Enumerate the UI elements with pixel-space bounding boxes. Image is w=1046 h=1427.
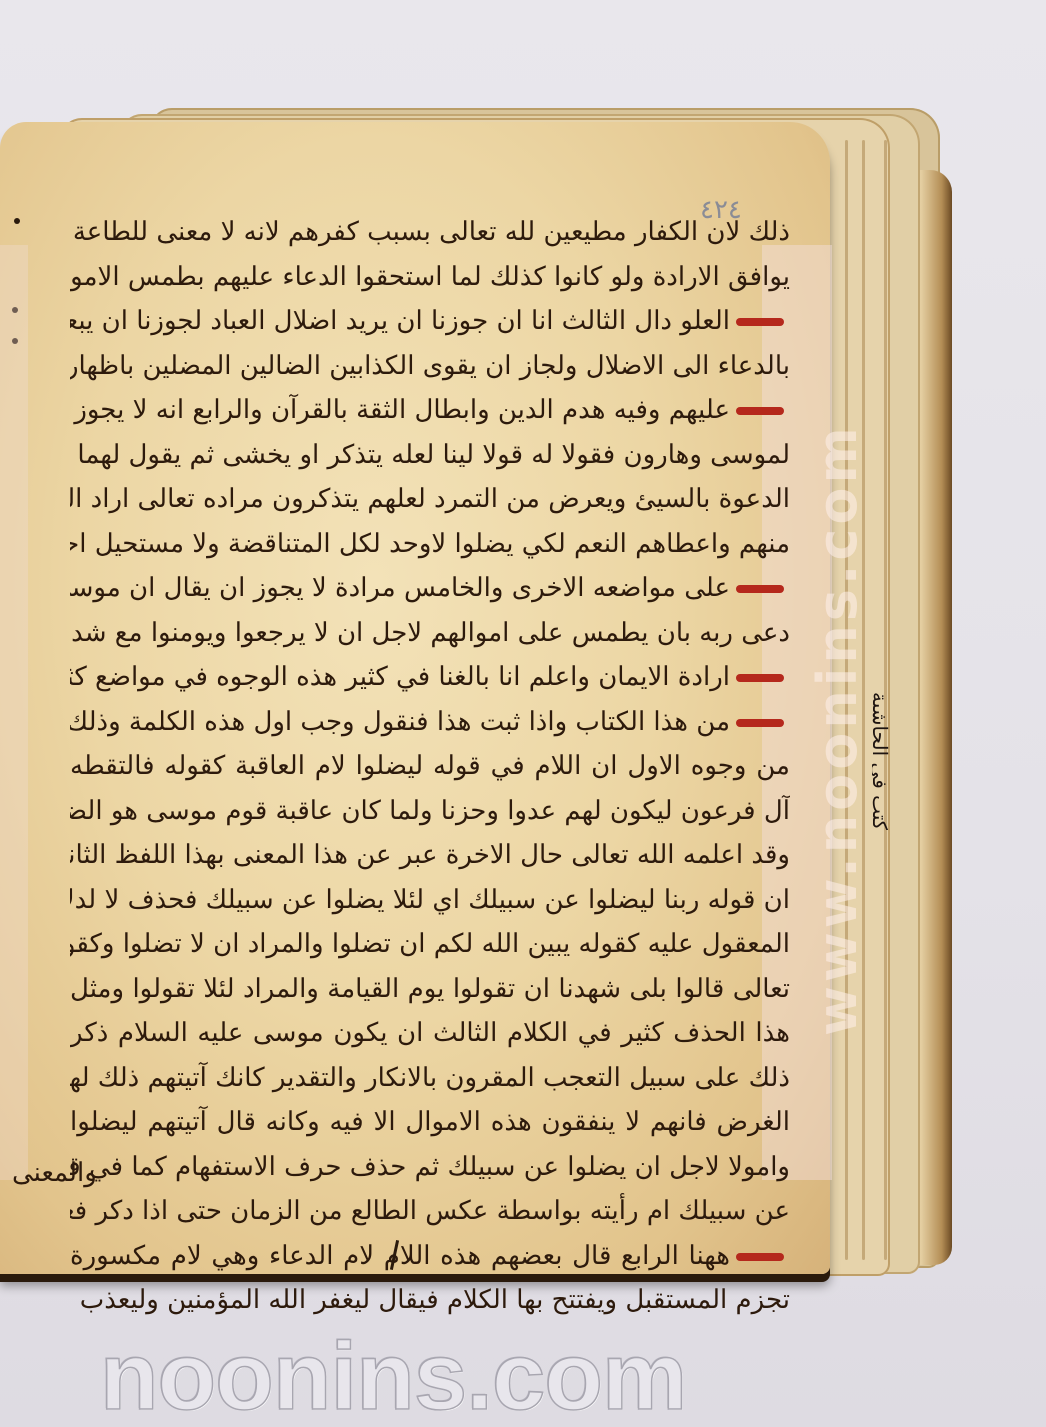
- rubric-mark: [736, 407, 784, 415]
- bottom-watermark: noonins.com: [100, 1322, 686, 1427]
- text-line: لموسى وهارون فقولا له قولا لينا لعله يتذ…: [70, 433, 790, 478]
- text-line: من هذا الكتاب واذا ثبت هذا فنقول وجب اول…: [70, 700, 790, 745]
- vertical-watermark: www.noonins.com: [806, 290, 866, 1170]
- rubric-mark: [736, 719, 784, 727]
- text-line: دعى ربه بان يطمس على اموالهم لاجل ان لا …: [70, 611, 790, 656]
- text-line: ذلك لان الكفار مطيعين لله تعالى بسبب كفر…: [70, 210, 790, 255]
- rubric-mark: [736, 585, 784, 593]
- text-line: بالدعاء الى الاضلال ولجاز ان يقوى الكذاب…: [70, 344, 790, 389]
- catchword: والمعنى: [12, 1158, 97, 1188]
- text-line: الغرض فانهم لا ينفقون هذه الاموال الا في…: [70, 1100, 790, 1145]
- rubric-mark: [736, 318, 784, 326]
- text-line: عليهم وفيه هدم الدين وابطال الثقة بالقرآ…: [70, 388, 790, 433]
- text-line: المعقول عليه كقوله يبين الله لكم ان تضلو…: [70, 922, 790, 967]
- text-line: ذلك على سبيل التعجب المقرون بالانكار وال…: [70, 1056, 790, 1101]
- text-line: ان قوله ربنا ليضلوا عن سبيلك اي لئلا يضل…: [70, 878, 790, 923]
- text-line: من وجوه الاول ان اللام في قوله ليضلوا لا…: [70, 744, 790, 789]
- text-line: تعالى قالوا بلى شهدنا ان تقولوا يوم القي…: [70, 967, 790, 1012]
- text-line: وقد اعلمه الله تعالى حال الاخرة عبر عن ه…: [70, 833, 790, 878]
- rubric-mark: [736, 674, 784, 682]
- margin-dot: [14, 218, 20, 224]
- side-margin-note: كتب في الحاشية: [872, 600, 892, 830]
- text-line: على مواضعه الاخرى والخامس مرادة لا يجوز …: [70, 566, 790, 611]
- text-line: ارادة الايمان واعلم انا بالغنا في كثير ه…: [70, 655, 790, 700]
- text-line: عن سبيلك ام رأيته بواسطة عكس الطالع من ا…: [70, 1189, 790, 1234]
- rubric-mark: [736, 1253, 784, 1261]
- text-line: وامولا لاجل ان يضلوا عن سبيلك ثم حذف حرف…: [70, 1145, 790, 1190]
- text-line: الدعوة بالسيئ ويعرض من التمرد لعلهم يتذك…: [70, 477, 790, 522]
- text-line: آل فرعون ليكون لهم عدوا وحزنا ولما كان ع…: [70, 789, 790, 834]
- text-line: تجزم المستقبل ويفتتح بها الكلام فيقال لي…: [70, 1278, 790, 1323]
- text-line: يوافق الارادة ولو كانوا كذلك لما استحقوا…: [70, 255, 790, 300]
- text-line: العلو دال الثالث انا ان جوزنا ان يريد اض…: [70, 299, 790, 344]
- text-line: منهم واعطاهم النعم لكي يضلوا لاوحد لكل ا…: [70, 522, 790, 567]
- text-line: ههنا الرابع قال بعضهم هذه اللام لام الدع…: [70, 1234, 790, 1279]
- watermark-band-left: [0, 245, 28, 1180]
- text-line: هذا الحذف كثير في الكلام الثالث ان يكون …: [70, 1011, 790, 1056]
- manuscript-text: ذلك لان الكفار مطيعين لله تعالى بسبب كفر…: [70, 210, 790, 1323]
